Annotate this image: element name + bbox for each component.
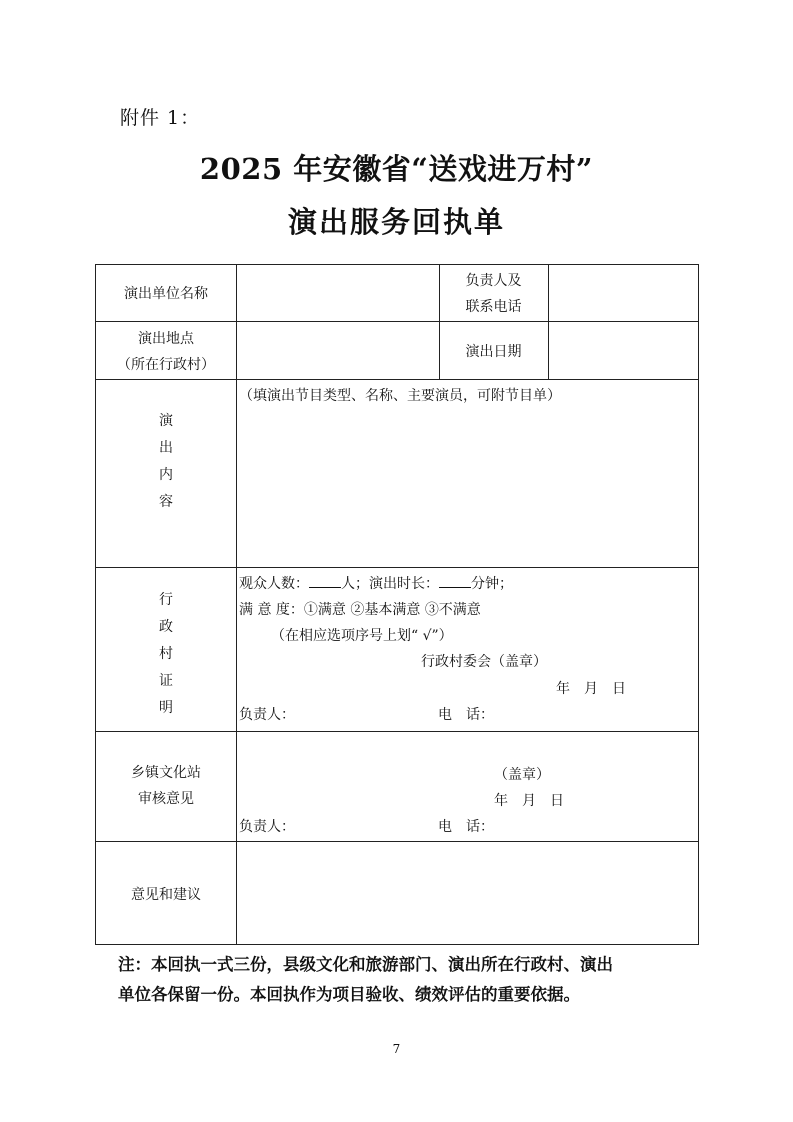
label-char: 明	[156, 695, 176, 722]
label-performance-date: 演出日期	[439, 339, 548, 365]
label-venue: 演出地点 （所在行政村）	[96, 326, 236, 378]
label-contact-line2: 联系电话	[439, 294, 548, 320]
option-unsatisfied[interactable]: ③不满意	[425, 602, 481, 618]
audience-count-blank[interactable]	[309, 573, 341, 588]
opinions-suggestions-field[interactable]	[238, 843, 696, 943]
column-divider	[548, 265, 549, 379]
performance-content-field[interactable]	[238, 410, 696, 565]
contact-field[interactable]	[550, 266, 696, 320]
document-title-line2: 演出服务回执单	[0, 200, 793, 241]
attachment-label: 附件 1：	[120, 103, 200, 130]
village-phone-label: 电 话：	[438, 702, 494, 728]
label-performance-content: 演 出 内 容	[156, 408, 176, 516]
satisfaction-label: 满 意 度：	[239, 602, 304, 618]
label-village-certification: 行 政 村 证 明	[156, 587, 176, 722]
performance-date-field[interactable]	[550, 323, 696, 378]
audience-unit: 人；演出时长：	[341, 576, 439, 592]
option-satisfied[interactable]: ①满意	[304, 602, 346, 618]
content-hint: （填演出节目类型、名称、主要演员，可附节目单）	[239, 383, 561, 409]
page-number: 7	[0, 1042, 793, 1056]
label-char: 演	[156, 408, 176, 435]
row-divider	[96, 379, 698, 380]
performer-unit-field[interactable]	[238, 266, 438, 320]
township-phone-label: 电 话：	[438, 814, 494, 840]
label-contact-person: 负责人及 联系电话	[439, 268, 548, 320]
township-stamp: （盖章）	[494, 762, 550, 788]
label-char: 行	[156, 587, 176, 614]
row-divider	[96, 321, 698, 322]
document-title-line1: 2025 年安徽省“送戏进万村”	[0, 147, 793, 188]
satisfaction-instruction: （在相应选项序号上划“ √”）	[271, 623, 453, 649]
township-date: 年 月 日	[494, 788, 564, 814]
duration-blank[interactable]	[439, 573, 471, 588]
audience-label: 观众人数：	[239, 576, 309, 592]
label-char: 内	[156, 462, 176, 489]
footnote-line1: 注：本回执一式三份，县级文化和旅游部门、演出所在行政村、演出	[118, 950, 708, 980]
footnote-line2: 单位各保留一份。本回执作为项目验收、绩效评估的重要依据。	[118, 980, 708, 1010]
label-char: 容	[156, 489, 176, 516]
satisfaction-line: 满 意 度：①满意 ②基本满意 ③不满意	[239, 597, 481, 623]
label-venue-line2: （所在行政村）	[96, 352, 236, 378]
audience-duration-line: 观众人数：人；演出时长：分钟；	[239, 571, 513, 597]
village-person-label: 负责人：	[239, 702, 295, 728]
label-township-review: 乡镇文化站 审核意见	[96, 760, 236, 812]
label-char: 证	[156, 668, 176, 695]
row-divider	[96, 567, 698, 568]
township-person-label: 负责人：	[239, 814, 295, 840]
label-char: 出	[156, 435, 176, 462]
venue-field[interactable]	[238, 323, 438, 378]
label-performer-unit: 演出单位名称	[96, 281, 236, 307]
footnote: 注：本回执一式三份，县级文化和旅游部门、演出所在行政村、演出 单位各保留一份。本…	[118, 950, 708, 1010]
column-divider	[236, 265, 237, 944]
village-date: 年 月 日	[556, 676, 626, 702]
label-opinions-suggestions: 意见和建议	[96, 882, 236, 908]
label-township-line1: 乡镇文化站	[96, 760, 236, 786]
row-divider	[96, 841, 698, 842]
receipt-form-table: 演出单位名称 负责人及 联系电话 演出地点 （所在行政村） 演出日期 演 出 内…	[95, 264, 699, 945]
village-committee-stamp: 行政村委会（盖章）	[421, 649, 547, 675]
label-char: 政	[156, 614, 176, 641]
duration-unit: 分钟；	[471, 576, 513, 592]
row-divider	[96, 731, 698, 732]
label-venue-line1: 演出地点	[96, 326, 236, 352]
label-contact-line1: 负责人及	[439, 268, 548, 294]
label-char: 村	[156, 641, 176, 668]
label-township-line2: 审核意见	[96, 786, 236, 812]
option-basically-satisfied[interactable]: ②基本满意	[350, 602, 420, 618]
